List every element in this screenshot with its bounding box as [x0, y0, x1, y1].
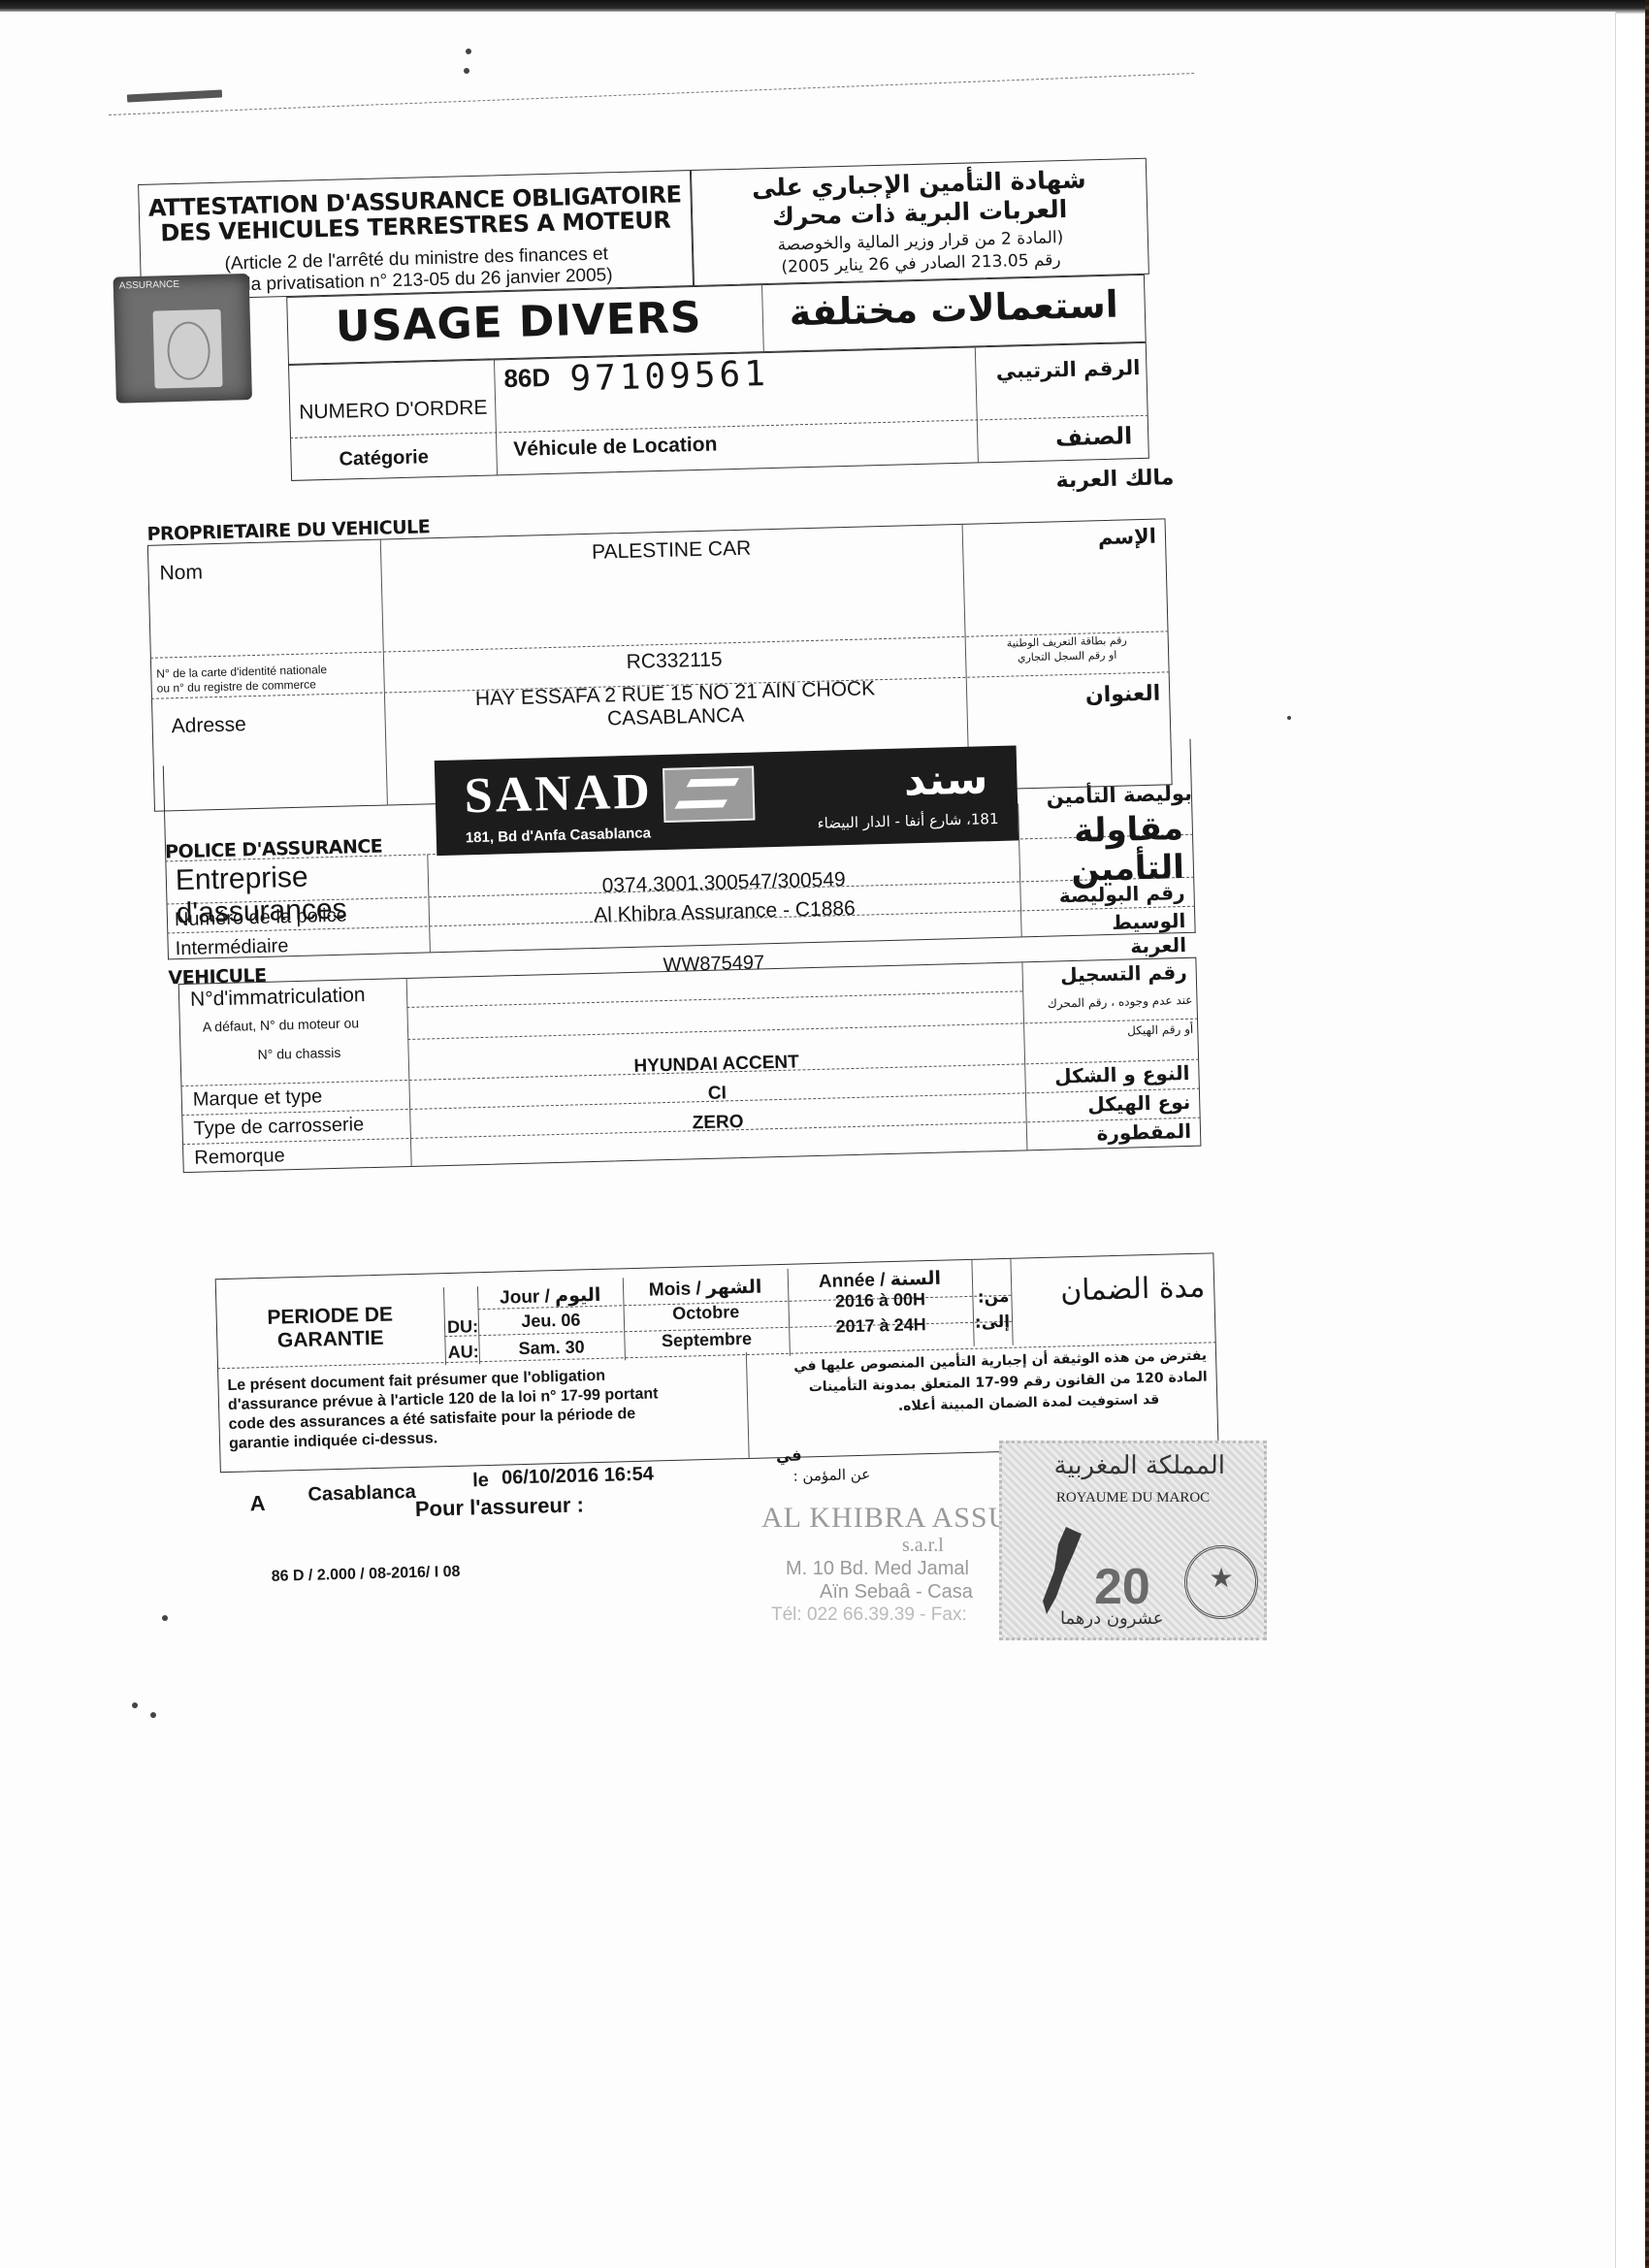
in-label-ar: في	[753, 1446, 801, 1466]
fiscal-stamp-value-ar: عشرون درهما	[1060, 1608, 1163, 1629]
scan-speck	[466, 49, 471, 54]
royal-seal-icon	[1184, 1545, 1258, 1619]
company-label-ar-1: مقاولة	[1027, 809, 1183, 852]
policy-number-label-ar: رقم البوليصة	[1029, 881, 1185, 908]
category-label-fr: Catégorie	[339, 446, 429, 470]
owner-address-label-fr: Adresse	[171, 713, 246, 738]
usage-label-fr: USAGE DIVERS	[335, 293, 702, 352]
insurer-name-ar: سند	[903, 754, 988, 805]
col-month-header: Mois / الشهر	[623, 1276, 789, 1302]
insurer-label-fr: Pour l'assureur :	[415, 1492, 585, 1522]
col-day-header: Jour / اليوم	[477, 1283, 624, 1310]
policy-number-label-fr: Numéro de la police	[175, 905, 347, 932]
sanad-logo-icon	[663, 766, 755, 823]
issue-datetime: 06/10/2016 16:54	[501, 1464, 654, 1490]
engine-label-fr-2: N° du chassis	[257, 1045, 340, 1062]
intermediary-label-fr: Intermédiaire	[175, 935, 288, 960]
issue-city: Casablanca	[307, 1481, 416, 1507]
make-label-ar: النوع و الشكل	[1034, 1061, 1190, 1088]
insurer-address-ar: 181، شارع أنفا - الدار البيضاء	[817, 810, 998, 832]
insurer-address: 181, Bd d'Anfa Casablanca	[466, 825, 652, 846]
from-label-ar: من:	[972, 1287, 1010, 1308]
fiscal-stamp-value: 20	[1094, 1558, 1150, 1616]
to-month: Septembre	[624, 1328, 789, 1352]
intermediary-label-ar: الوسيط	[1030, 909, 1186, 936]
form-reference: 86 D / 2.000 / 08-2016/ I 08	[271, 1564, 460, 1586]
scan-speck	[150, 1712, 156, 1718]
vehicle-section-ar: العربة	[1031, 933, 1187, 960]
agency-stamp-line3: M. 10 Bd. Med Jamal	[786, 1558, 969, 1580]
insurance-certificate-form: ATTESTATION D'ASSURANCE OBLIGATOIRE DES …	[136, 78, 1281, 1658]
registration-label-ar: رقم التسجيل	[1031, 960, 1187, 988]
from-day: Jeu. 06	[478, 1309, 624, 1333]
badge-emblem-icon	[153, 309, 223, 389]
owner-name-label-ar: الإسم	[972, 525, 1157, 553]
registration-label-fr: N°d'immatriculation	[190, 984, 366, 1012]
order-prefix: 86D	[503, 363, 550, 394]
agency-stamp-line1: AL KHIBRA ASSU	[761, 1502, 1010, 1535]
body-label-fr: Type de carrosserie	[193, 1114, 364, 1141]
scan-speck	[132, 1702, 138, 1708]
owner-name-label-fr: Nom	[159, 561, 203, 585]
fiscal-stamp-country-ar: المملكة المغربية	[1054, 1451, 1225, 1480]
fiscal-stamp: المملكة المغربية ROYAUME DU MAROC 20 عشر…	[999, 1441, 1267, 1640]
agency-stamp-line2: s.a.r.l	[902, 1535, 944, 1557]
to-label-ar: إلى:	[973, 1312, 1011, 1333]
agency-stamp-line4: Aïn Sebaâ - Casa	[820, 1581, 973, 1604]
trailer-label-ar: المقطورة	[1036, 1119, 1192, 1147]
insurer-logo-banner: SANAD سند 181, Bd d'Anfa Casablanca 181،…	[435, 745, 1018, 856]
scan-speck	[464, 68, 469, 74]
date-label: le	[472, 1470, 489, 1492]
scan-speck	[162, 1615, 168, 1621]
owner-section-ar: مالك العربة	[999, 466, 1175, 495]
make-label-fr: Marque et type	[193, 1085, 323, 1111]
guarantee-label-ar: مدة الضمان	[1020, 1271, 1206, 1310]
from-month: Octobre	[624, 1301, 789, 1325]
agency-stamp-line5: Tél: 022 66.39.39 - Fax:	[771, 1604, 967, 1626]
order-label-ar: الرقم الترتيبي	[985, 356, 1141, 383]
company-label-fr-1: Entreprise	[175, 861, 308, 898]
insurer-label-ar: عن المؤمن :	[725, 1466, 870, 1487]
category-label-ar: الصنف	[986, 422, 1133, 453]
morocco-map-icon	[1043, 1527, 1082, 1614]
at-label: A	[249, 1491, 266, 1516]
scan-speck	[1287, 716, 1291, 720]
order-label-fr: NUMERO D'ORDRE	[299, 397, 488, 425]
body-label-ar: نوع الهيكل	[1035, 1090, 1191, 1118]
order-number: 97109561	[569, 354, 769, 399]
insurance-badge-logo: ASSURANCE	[113, 274, 252, 404]
fiscal-stamp-country-fr: ROYAUME DU MAROC	[1002, 1490, 1264, 1507]
trailer-label-fr: Remorque	[194, 1145, 285, 1169]
insurer-name: SANAD	[464, 762, 654, 825]
scanner-right-edge	[1645, 0, 1649, 2268]
to-label-fr: AU:	[447, 1342, 479, 1363]
to-day: Sam. 30	[478, 1336, 624, 1360]
owner-address-label-ar: العنوان	[976, 682, 1161, 711]
badge-label: ASSURANCE	[119, 279, 180, 292]
from-label-fr: DU:	[447, 1316, 479, 1338]
